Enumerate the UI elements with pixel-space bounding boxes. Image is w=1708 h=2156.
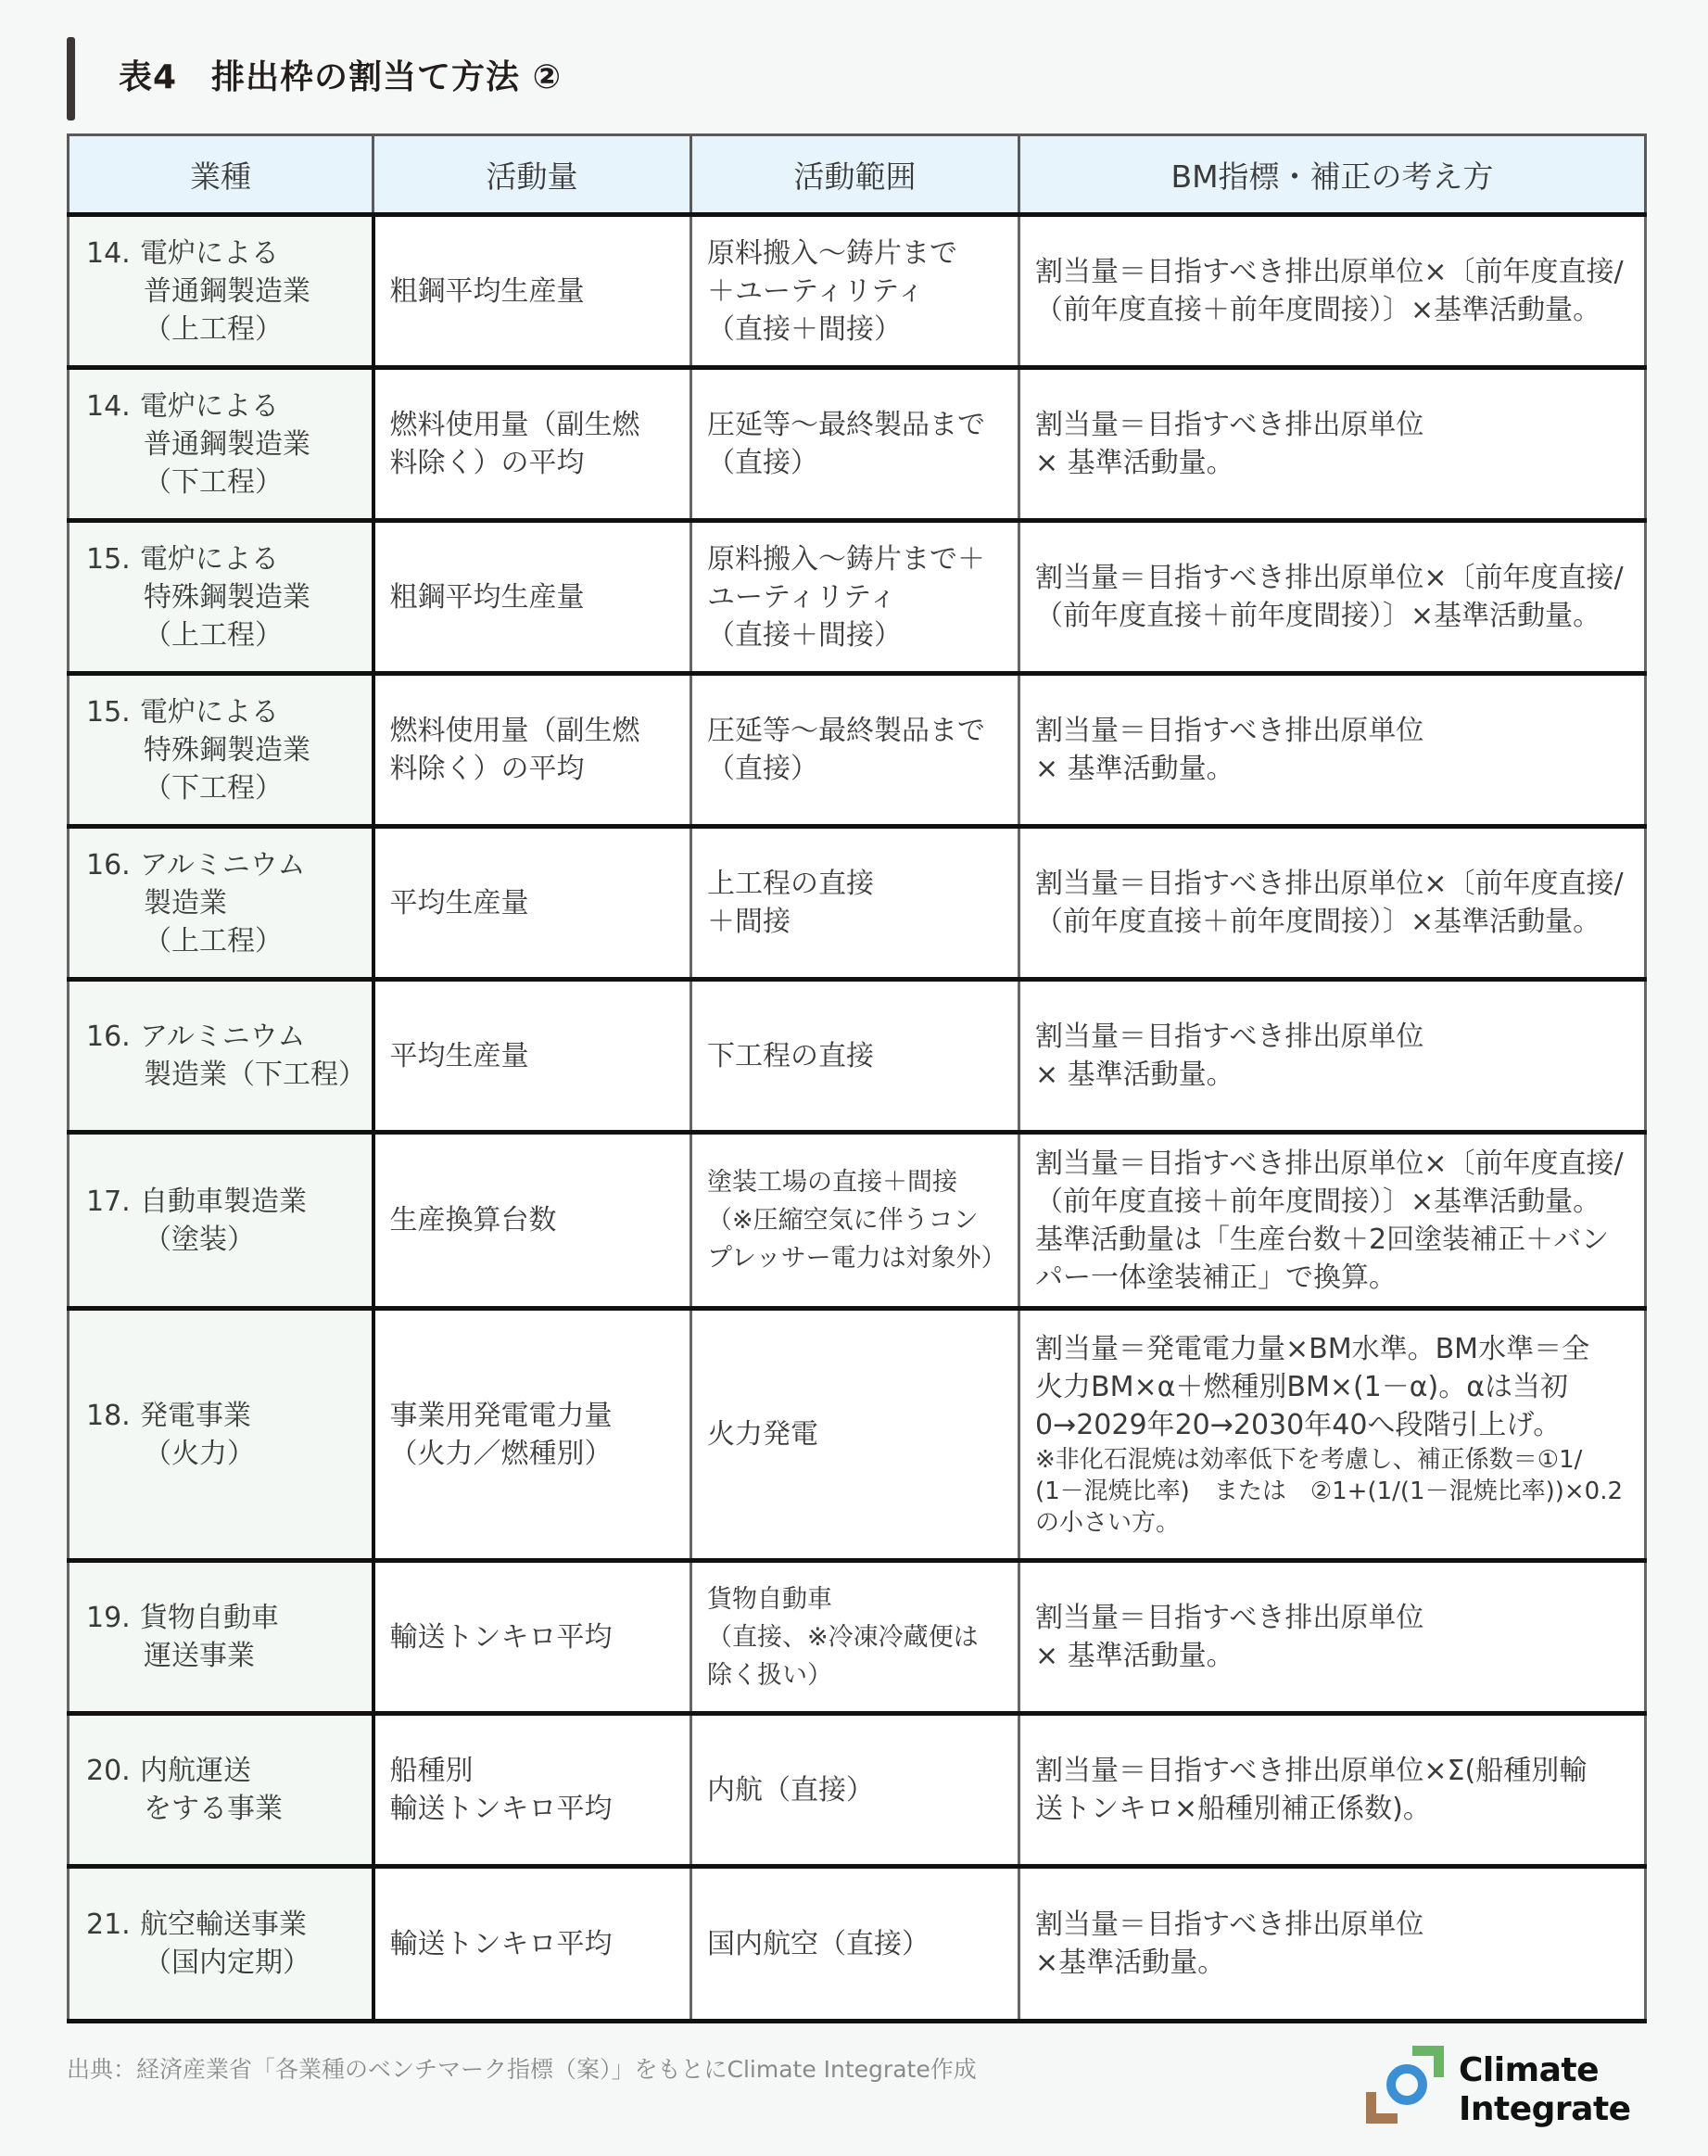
- table-row: 19.貨物自動車運送事業輸送トンキロ平均貨物自動車 （直接、※冷凍冷蔵便は 除く…: [69, 1561, 1646, 1714]
- sector-number: 15.: [86, 693, 140, 731]
- sector-name: 電炉による: [140, 696, 279, 729]
- cell-activity: 輸送トンキロ平均: [373, 1561, 691, 1714]
- bm-text: 割当量＝目指すべき排出原単位 × 基準活動量。: [1035, 409, 1423, 479]
- sector-detail: （国内定期）: [86, 1944, 357, 1982]
- cell-activity: 船種別 輸送トンキロ平均: [373, 1714, 691, 1867]
- cell-bm: 割当量＝発電電力量×BM水準。BM水準＝全 火力BM×α＋燃種別BM×(1－α)…: [1019, 1309, 1646, 1561]
- cell-sector: 21.航空輸送事業（国内定期）: [69, 1867, 373, 2022]
- climate-integrate-logo: Climate Integrate: [1366, 2046, 1644, 2138]
- sector-number: 16.: [86, 1018, 140, 1056]
- table-row: 21.航空輸送事業（国内定期）輸送トンキロ平均国内航空（直接）割当量＝目指すべき…: [69, 1867, 1646, 2022]
- table-row: 16.アルミニウム製造業 （上工程）平均生産量上工程の直接 ＋間接割当量＝目指す…: [69, 827, 1646, 980]
- cell-sector: 16.アルミニウム製造業 （上工程）: [69, 827, 373, 980]
- cell-activity: 粗鋼平均生産量: [373, 215, 691, 368]
- cell-activity: 平均生産量: [373, 827, 691, 980]
- header-bm: BM指標・補正の考え方: [1019, 135, 1646, 215]
- sector-name: 電炉による: [140, 543, 279, 576]
- cell-activity: 粗鋼平均生産量: [373, 521, 691, 674]
- sector-name: 内航運送: [140, 1755, 251, 1787]
- sector-number: 19.: [86, 1599, 140, 1637]
- cell-scope: 貨物自動車 （直接、※冷凍冷蔵便は 除く扱い）: [691, 1561, 1019, 1714]
- cell-bm: 割当量＝目指すべき排出原単位 × 基準活動量。: [1019, 1561, 1646, 1714]
- cell-sector: 19.貨物自動車運送事業: [69, 1561, 373, 1714]
- cell-sector: 14.電炉による普通鋼製造業 （上工程）: [69, 215, 373, 368]
- sector-name: 自動車製造業: [140, 1186, 307, 1218]
- logo-wordmark: Climate Integrate: [1459, 2051, 1631, 2129]
- sector-name: 発電事業: [140, 1400, 251, 1432]
- sector-number: 14.: [86, 387, 140, 425]
- bm-text: 割当量＝目指すべき排出原単位 × 基準活動量。: [1035, 1602, 1423, 1672]
- logo-line1: Climate: [1459, 2051, 1631, 2090]
- cell-bm: 割当量＝目指すべき排出原単位×〔前年度直接/ （前年度直接＋前年度間接）〕×基準…: [1019, 215, 1646, 368]
- sector-detail: （火力）: [86, 1435, 357, 1473]
- cell-activity: 生産換算台数: [373, 1133, 691, 1309]
- benchmark-table: 業種 活動量 活動範囲 BM指標・補正の考え方 14.電炉による普通鋼製造業 （…: [67, 133, 1647, 2023]
- cell-bm: 割当量＝目指すべき排出原単位 ×基準活動量。: [1019, 1867, 1646, 2022]
- cell-sector: 18.発電事業（火力）: [69, 1309, 373, 1561]
- cell-bm: 割当量＝目指すべき排出原単位×〔前年度直接/ （前年度直接＋前年度間接）〕×基準…: [1019, 1133, 1646, 1309]
- header-scope: 活動範囲: [691, 135, 1019, 215]
- bm-footnote: ※非化石混焼は効率低下を考慮し、補正係数＝①1/ (1－混焼比率) または ②1…: [1035, 1444, 1629, 1539]
- cell-bm: 割当量＝目指すべき排出原単位 × 基準活動量。: [1019, 368, 1646, 521]
- sector-name: 貨物自動車: [140, 1602, 279, 1634]
- bm-text: 割当量＝発電電力量×BM水準。BM水準＝全 火力BM×α＋燃種別BM×(1－α)…: [1035, 1333, 1589, 1441]
- title-accent-bar: [67, 37, 75, 120]
- sector-number: 20.: [86, 1752, 140, 1790]
- cell-scope: 内航（直接）: [691, 1714, 1019, 1867]
- sector-number: 21.: [86, 1906, 140, 1944]
- sector-name: アルミニウム: [140, 849, 306, 881]
- cell-scope: 塗装工場の直接＋間接 （※圧縮空気に伴うコン プレッサー電力は対象外）: [691, 1133, 1019, 1309]
- bm-text: 割当量＝目指すべき排出原単位×〔前年度直接/ （前年度直接＋前年度間接）〕×基準…: [1035, 562, 1624, 632]
- bm-text: 割当量＝目指すべき排出原単位×〔前年度直接/ （前年度直接＋前年度間接）〕×基準…: [1035, 868, 1624, 938]
- cell-activity: 事業用発電電力量 （火力／燃種別）: [373, 1309, 691, 1561]
- cell-bm: 割当量＝目指すべき排出原単位 × 基準活動量。: [1019, 980, 1646, 1133]
- sector-name: 航空輸送事業: [140, 1909, 307, 1941]
- cell-bm: 割当量＝目指すべき排出原単位×Σ(船種別輸 送トンキロ×船種別補正係数)。: [1019, 1714, 1646, 1867]
- sector-number: 18.: [86, 1397, 140, 1435]
- cell-sector: 17.自動車製造業（塗装）: [69, 1133, 373, 1309]
- sector-number: 14.: [86, 235, 140, 273]
- logo-line2: Integrate: [1459, 2090, 1631, 2129]
- sector-detail: 普通鋼製造業 （上工程）: [86, 273, 357, 349]
- sector-number: 17.: [86, 1183, 140, 1221]
- cell-activity: 輸送トンキロ平均: [373, 1867, 691, 2022]
- sector-detail: 特殊鋼製造業 （下工程）: [86, 731, 357, 807]
- cell-scope: 圧延等～最終製品まで （直接）: [691, 674, 1019, 827]
- sector-detail: （塗装）: [86, 1221, 357, 1259]
- cell-bm: 割当量＝目指すべき排出原単位 × 基準活動量。: [1019, 674, 1646, 827]
- cell-activity: 平均生産量: [373, 980, 691, 1133]
- sector-name: 電炉による: [140, 237, 279, 270]
- logo-green-corner-icon: [1412, 2046, 1444, 2077]
- cell-sector: 20.内航運送をする事業: [69, 1714, 373, 1867]
- sector-name: 電炉による: [140, 390, 279, 423]
- cell-bm: 割当量＝目指すべき排出原単位×〔前年度直接/ （前年度直接＋前年度間接）〕×基準…: [1019, 521, 1646, 674]
- sector-number: 16.: [86, 846, 140, 884]
- cell-scope: 原料搬入～鋳片まで＋ ユーティリティ （直接＋間接）: [691, 521, 1019, 674]
- bm-text: 割当量＝目指すべき排出原単位×〔前年度直接/ （前年度直接＋前年度間接）〕×基準…: [1035, 256, 1624, 326]
- bm-text: 割当量＝目指すべき排出原単位 × 基準活動量。: [1035, 715, 1423, 785]
- sector-detail: 運送事業: [86, 1637, 357, 1675]
- table-row: 14.電炉による普通鋼製造業 （上工程）粗鋼平均生産量原料搬入～鋳片まで ＋ユー…: [69, 215, 1646, 368]
- cell-activity: 燃料使用量（副生燃 料除く）の平均: [373, 674, 691, 827]
- bm-text: 割当量＝目指すべき排出原単位 × 基準活動量。: [1035, 1021, 1423, 1091]
- cell-scope: 火力発電: [691, 1309, 1019, 1561]
- table-row: 15.電炉による特殊鋼製造業 （上工程）粗鋼平均生産量原料搬入～鋳片まで＋ ユー…: [69, 521, 1646, 674]
- sector-detail: 製造業 （上工程）: [86, 884, 357, 960]
- source-note: 出典：経済産業省「各業種のベンチマーク指標（案）」をもとにClimate Int…: [67, 2051, 977, 2085]
- sector-detail: 普通鋼製造業 （下工程）: [86, 425, 357, 501]
- bm-text: 割当量＝目指すべき排出原単位×〔前年度直接/ （前年度直接＋前年度間接）〕×基準…: [1035, 1148, 1624, 1294]
- sector-detail: をする事業: [86, 1790, 357, 1828]
- bm-text: 割当量＝目指すべき排出原単位 ×基準活動量。: [1035, 1909, 1423, 1979]
- cell-scope: 原料搬入～鋳片まで ＋ユーティリティ （直接＋間接）: [691, 215, 1019, 368]
- sector-number: 15.: [86, 540, 140, 578]
- cell-scope: 下工程の直接: [691, 980, 1019, 1133]
- sector-name: アルミニウム: [140, 1021, 306, 1053]
- page-title: 表4 排出枠の割当て方法 ②: [119, 51, 562, 98]
- cell-scope: 国内航空（直接）: [691, 1867, 1019, 2022]
- header-activity: 活動量: [373, 135, 691, 215]
- cell-sector: 14.電炉による普通鋼製造業 （下工程）: [69, 368, 373, 521]
- cell-scope: 圧延等～最終製品まで （直接）: [691, 368, 1019, 521]
- sector-detail: 製造業（下工程）: [86, 1056, 357, 1094]
- table-row: 18.発電事業（火力）事業用発電電力量 （火力／燃種別）火力発電割当量＝発電電力…: [69, 1309, 1646, 1561]
- page-card: 表4 排出枠の割当て方法 ② 業種 活動量 活動範囲 BM指標・補正の考え方 1…: [0, 0, 1708, 2156]
- cell-sector: 15.電炉による特殊鋼製造業 （上工程）: [69, 521, 373, 674]
- cell-activity: 燃料使用量（副生燃 料除く）の平均: [373, 368, 691, 521]
- table-row: 20.内航運送をする事業船種別 輸送トンキロ平均内航（直接）割当量＝目指すべき排…: [69, 1714, 1646, 1867]
- cell-sector: 15.電炉による特殊鋼製造業 （下工程）: [69, 674, 373, 827]
- cell-sector: 16.アルミニウム製造業（下工程）: [69, 980, 373, 1133]
- sector-detail: 特殊鋼製造業 （上工程）: [86, 578, 357, 654]
- cell-scope: 上工程の直接 ＋間接: [691, 827, 1019, 980]
- table-row: 15.電炉による特殊鋼製造業 （下工程）燃料使用量（副生燃 料除く）の平均圧延等…: [69, 674, 1646, 827]
- table-header-row: 業種 活動量 活動範囲 BM指標・補正の考え方: [69, 135, 1646, 215]
- cell-bm: 割当量＝目指すべき排出原単位×〔前年度直接/ （前年度直接＋前年度間接）〕×基準…: [1019, 827, 1646, 980]
- table-row: 17.自動車製造業（塗装）生産換算台数塗装工場の直接＋間接 （※圧縮空気に伴うコ…: [69, 1133, 1646, 1309]
- table-row: 16.アルミニウム製造業（下工程）平均生産量下工程の直接割当量＝目指すべき排出原…: [69, 980, 1646, 1133]
- header-sector: 業種: [69, 135, 373, 215]
- bm-text: 割当量＝目指すべき排出原単位×Σ(船種別輸 送トンキロ×船種別補正係数)。: [1035, 1755, 1587, 1825]
- table-row: 14.電炉による普通鋼製造業 （下工程）燃料使用量（副生燃 料除く）の平均圧延等…: [69, 368, 1646, 521]
